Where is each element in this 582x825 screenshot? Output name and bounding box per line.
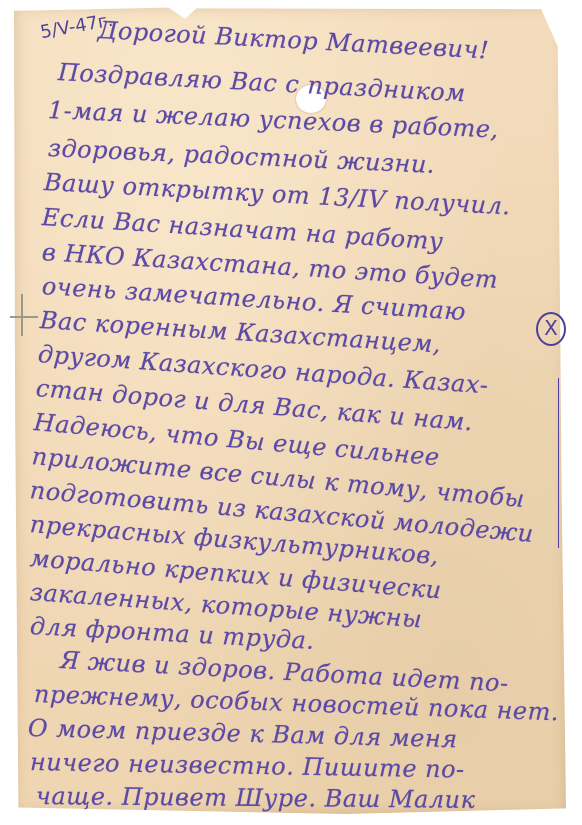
signature-line: чаще. Привет Шуре. Ваш Малик [36, 782, 476, 814]
letter-line: ничего неизвестно. Пишите по- [30, 748, 465, 784]
salutation-line: Дорогой Виктор Матвеевич! [97, 16, 490, 64]
letter-body: Дорогой Виктор Матвеевич! Поздравляю Вас… [0, 0, 582, 825]
